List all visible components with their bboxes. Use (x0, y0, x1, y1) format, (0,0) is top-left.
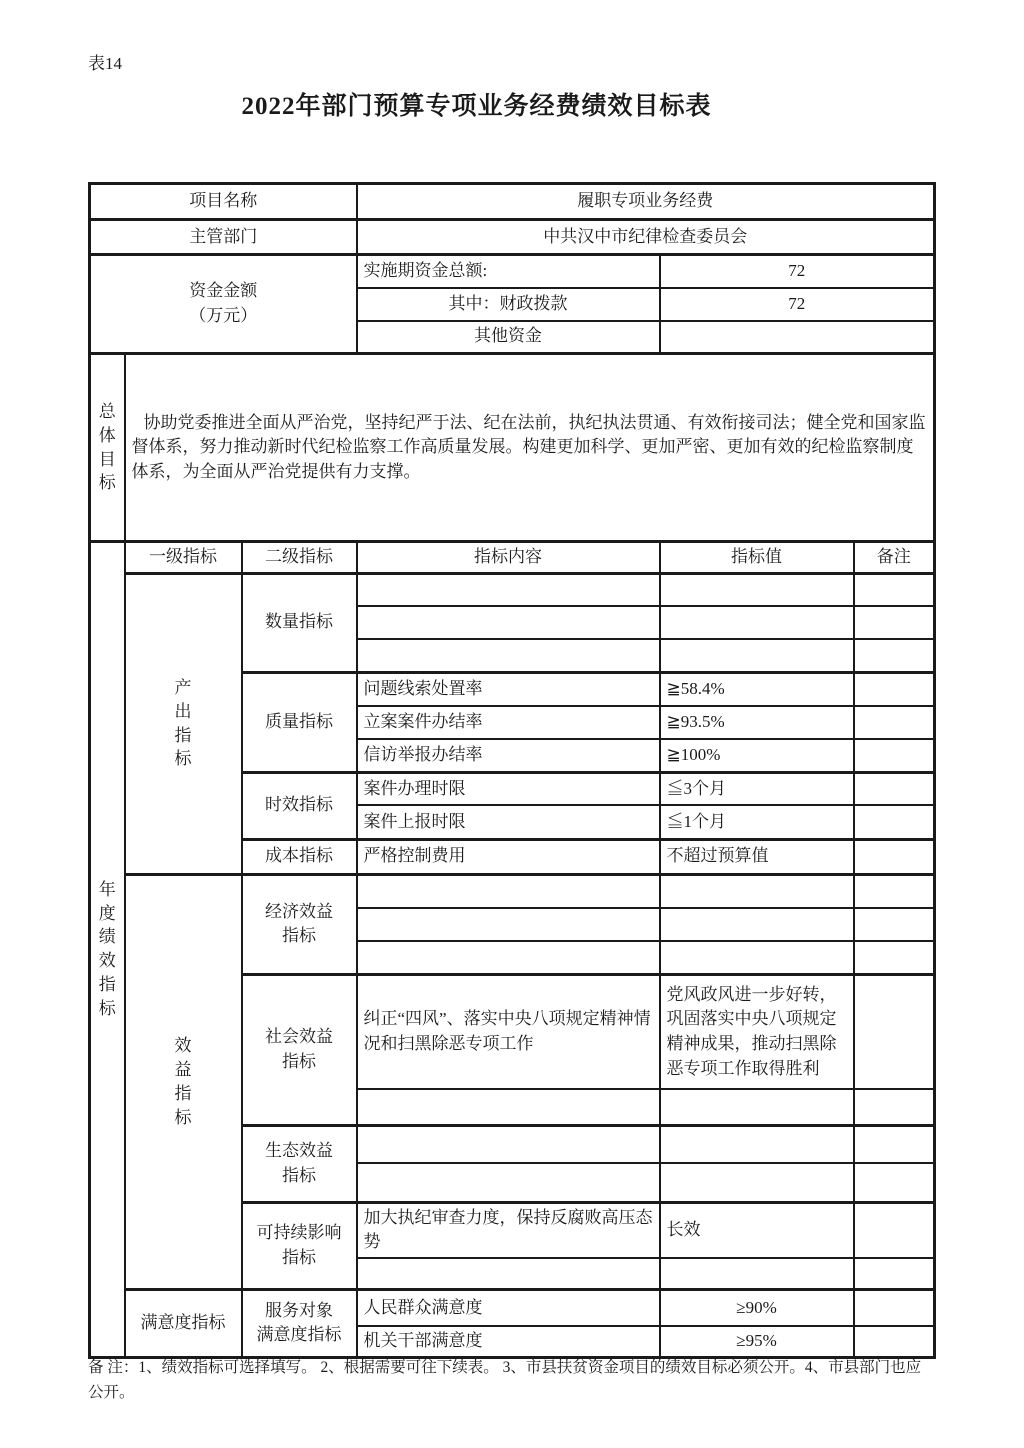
fund-total-value-cell: 72 (660, 255, 935, 288)
level2-sustainable-label-cell: 可持续影响 指标 (242, 1202, 357, 1290)
indicator-content-cell (357, 1258, 660, 1290)
indicator-content-cell: 纠正“四风”、落实中央八项规定精神情况和扫黑除恶专项工作 (357, 974, 660, 1089)
remark-cell (854, 772, 935, 805)
level2-ecological-label-cell: 生态效益 指标 (242, 1125, 357, 1202)
fund-amount-label-cell: 资金金额 （万元） (90, 255, 357, 354)
annual-indicator-label: 年度绩效指标 (97, 878, 117, 1021)
col-header-content: 指标内容 (357, 542, 660, 574)
remark-cell (854, 1202, 935, 1258)
indicator-content-cell (357, 1125, 660, 1163)
level2-timeliness-label-cell: 时效指标 (242, 772, 357, 839)
indicator-value-cell: 长效 (660, 1202, 854, 1258)
indicator-value-cell (660, 606, 854, 639)
overall-goal-label: 总体目标 (97, 400, 117, 495)
footer-note: 备 注：1、绩效指标可选择填写。 2、根据需要可往下续表。 3、市县扶贫资金项目… (88, 1356, 936, 1406)
fund-total-label-cell: 实施期资金总额: (357, 255, 660, 288)
col-header-value: 指标值 (660, 542, 854, 574)
remark-cell (854, 639, 935, 672)
indicator-content-cell: 案件办理时限 (357, 772, 660, 805)
project-name-value-cell: 履职专项业务经费 (357, 184, 935, 220)
remark-cell (854, 908, 935, 941)
indicator-value-cell (660, 908, 854, 941)
indicator-value-cell (660, 874, 854, 908)
indicator-content-cell: 问题线索处置率 (357, 672, 660, 706)
remark-cell (854, 874, 935, 908)
indicator-content-cell (357, 1163, 660, 1202)
indicator-content-cell (357, 941, 660, 974)
indicator-content-cell: 案件上报时限 (357, 805, 660, 839)
remark-cell (854, 1125, 935, 1163)
indicator-value-cell (660, 1163, 854, 1202)
indicator-value-cell: ≧58.4% (660, 672, 854, 706)
remark-cell (854, 839, 935, 874)
project-name-label-cell: 项目名称 (90, 184, 357, 220)
indicator-value-cell: ≦3个月 (660, 772, 854, 805)
document-page: 表14 2022年部门预算专项业务经费绩效目标表 项目名称 履职专项业务经费 主… (0, 0, 1024, 1448)
indicator-header-row: 年度绩效指标 一级指标 二级指标 指标内容 指标值 备注 (90, 542, 935, 574)
department-label-cell: 主管部门 (90, 220, 357, 255)
level1-satisfaction-label-cell: 满意度指标 (125, 1290, 242, 1357)
remark-cell (854, 1089, 935, 1125)
col-header-remark: 备注 (854, 542, 935, 574)
indicator-row: 产出指标 数量指标 (90, 573, 935, 606)
indicator-value-cell: ≥90% (660, 1290, 854, 1326)
indicator-row: 满意度指标 服务对象 满意度指标 人民群众满意度 ≥90% (90, 1290, 935, 1326)
remark-cell (854, 974, 935, 1089)
indicator-value-cell (660, 1125, 854, 1163)
indicator-content-cell (357, 606, 660, 639)
page-title: 2022年部门预算专项业务经费绩效目标表 (88, 86, 933, 122)
indicator-content-cell: 立案案件办结率 (357, 706, 660, 739)
department-row: 主管部门 中共汉中市纪律检查委员会 (90, 220, 935, 255)
level2-economic-label-cell: 经济效益 指标 (242, 874, 357, 974)
indicator-content-cell: 严格控制费用 (357, 839, 660, 874)
remark-cell (854, 805, 935, 839)
level1-output-label-cell: 产出指标 (125, 573, 242, 874)
level2-service-target-label-cell: 服务对象 满意度指标 (242, 1290, 357, 1357)
indicator-content-cell: 加大执纪审查力度，保持反腐败高压态势 (357, 1202, 660, 1258)
overall-goal-text-cell: 协助党委推进全面从严治党，坚持纪严于法、纪在法前，执纪执法贯通、有效衔接司法；健… (125, 354, 935, 542)
indicator-value-cell (660, 1089, 854, 1125)
indicator-value-cell (660, 941, 854, 974)
level2-social-label-cell: 社会效益 指标 (242, 974, 357, 1125)
remark-cell (854, 941, 935, 974)
remark-cell (854, 739, 935, 772)
remark-cell (854, 1326, 935, 1357)
fund-fiscal-label-cell: 其中：财政拨款 (357, 288, 660, 321)
indicator-value-cell: ≧93.5% (660, 706, 854, 739)
level2-cost-label-cell: 成本指标 (242, 839, 357, 874)
remark-cell (854, 672, 935, 706)
indicator-content-cell: 人民群众满意度 (357, 1290, 660, 1326)
indicator-content-cell (357, 1089, 660, 1125)
remark-cell (854, 706, 935, 739)
indicator-content-cell: 机关干部满意度 (357, 1326, 660, 1357)
overall-goal-label-cell: 总体目标 (90, 354, 125, 542)
indicator-value-cell: ≦1个月 (660, 805, 854, 839)
remark-cell (854, 1163, 935, 1202)
table-number-label: 表14 (88, 49, 122, 74)
level1-benefit-label-cell: 效益指标 (125, 874, 242, 1290)
fund-row: 资金金额 （万元） 实施期资金总额: 72 (90, 255, 935, 288)
level1-benefit-label: 效益指标 (173, 1034, 193, 1129)
indicator-row: 效益指标 经济效益 指标 (90, 874, 935, 908)
level1-output-label: 产出指标 (173, 676, 193, 771)
indicator-content-cell (357, 908, 660, 941)
indicator-content-cell (357, 639, 660, 672)
indicator-value-cell (660, 1258, 854, 1290)
level2-quality-label-cell: 质量指标 (242, 672, 357, 772)
overall-goal-row: 总体目标 协助党委推进全面从严治党，坚持纪严于法、纪在法前，执纪执法贯通、有效衔… (90, 354, 935, 542)
fund-fiscal-value-cell: 72 (660, 288, 935, 321)
col-header-level2: 二级指标 (242, 542, 357, 574)
remark-cell (854, 573, 935, 606)
level2-quantity-label-cell: 数量指标 (242, 573, 357, 672)
indicator-value-cell: 不超过预算值 (660, 839, 854, 874)
indicator-value-cell (660, 573, 854, 606)
department-value-cell: 中共汉中市纪律检查委员会 (357, 220, 935, 255)
fund-other-value-cell (660, 321, 935, 354)
remark-cell (854, 1258, 935, 1290)
indicator-content-cell (357, 874, 660, 908)
indicator-value-cell (660, 639, 854, 672)
fund-other-label-cell: 其他资金 (357, 321, 660, 354)
remark-cell (854, 1290, 935, 1326)
indicator-content-cell: 信访举报办结率 (357, 739, 660, 772)
indicator-value-cell: ≧100% (660, 739, 854, 772)
annual-indicator-label-cell: 年度绩效指标 (90, 542, 125, 1358)
remark-cell (854, 606, 935, 639)
indicator-value-cell: 党风政风进一步好转，巩固落实中央八项规定精神成果，推动扫黑除恶专项工作取得胜利 (660, 974, 854, 1089)
performance-target-table: 项目名称 履职专项业务经费 主管部门 中共汉中市纪律检查委员会 资金金额 （万元… (88, 182, 936, 1359)
indicator-value-cell: ≥95% (660, 1326, 854, 1357)
project-name-row: 项目名称 履职专项业务经费 (90, 184, 935, 220)
indicator-content-cell (357, 573, 660, 606)
col-header-level1: 一级指标 (125, 542, 242, 574)
